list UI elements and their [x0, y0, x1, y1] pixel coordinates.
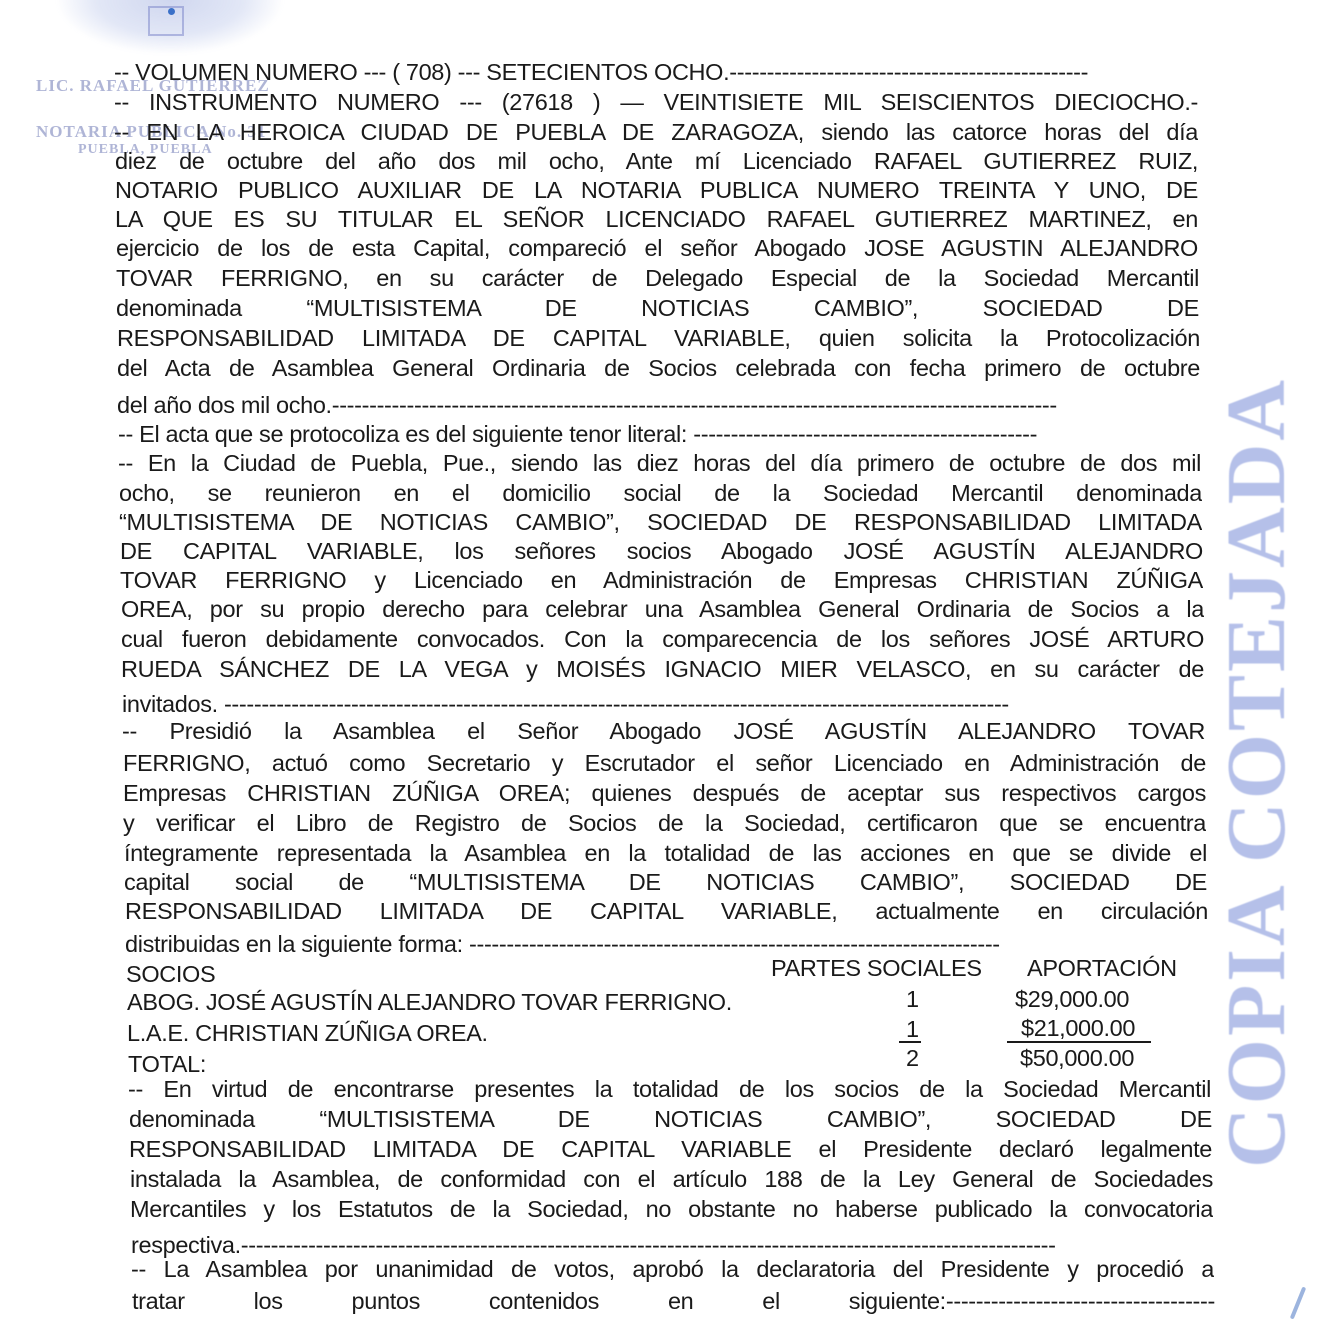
- text-line: -- VOLUMEN NUMERO --- ( 708) --- SETECIE…: [114, 58, 1198, 86]
- text-line: -- El acta que se protocoliza es del sig…: [118, 420, 1201, 448]
- text-line: DE CAPITAL VARIABLE, los señores socios …: [120, 537, 1203, 565]
- table-row-socio: L.A.E. CHRISTIAN ZÚÑIGA OREA.: [127, 1019, 488, 1047]
- text-line: “MULTISISTEMA DE NOTICIAS CAMBIO”, SOCIE…: [119, 508, 1202, 536]
- text-line: -- La Asamblea por unanimidad de votos, …: [131, 1255, 1214, 1283]
- text-line: -- Presidió la Asamblea el Señor Abogado…: [122, 717, 1205, 745]
- seal-ink-dot-icon: [168, 8, 175, 15]
- text-line: LA QUE ES SU TITULAR EL SEÑOR LICENCIADO…: [115, 205, 1198, 233]
- document-page: LIC. RAFAEL GUTIERREZ NOTARIA PUBLICA No…: [0, 0, 1319, 1319]
- header-partes-sociales: PARTES SOCIALES: [771, 954, 982, 982]
- text-line: capital social de “MULTISISTEMA DE NOTIC…: [124, 868, 1207, 896]
- text-line: -- En virtud de encontrarse presentes la…: [128, 1075, 1211, 1103]
- text-line: -- INSTRUMENTO NUMERO --- (27618 ) — VEI…: [114, 88, 1198, 116]
- table-row-socio: ABOG. JOSÉ AGUSTÍN ALEJANDRO TOVAR FERRI…: [127, 988, 732, 1016]
- text-line: denominada “MULTISISTEMA DE NOTICIAS CAM…: [129, 1105, 1212, 1133]
- text-line: TOVAR FERRIGNO, en su carácter de Delega…: [116, 264, 1199, 292]
- table-row-partes: 1: [906, 985, 919, 1013]
- text-line: y verificar el Libro de Registro de Soci…: [123, 809, 1206, 837]
- text-line: cual fueron debidamente convocados. Con …: [121, 625, 1204, 653]
- text-line: NOTARIO PUBLICO AUXILIAR DE LA NOTARIA P…: [115, 176, 1198, 204]
- partes-sum-rule: [899, 1041, 921, 1043]
- copia-cotejada-stamp: COPIA COTEJADA: [1208, 377, 1305, 1168]
- text-line: Mercantiles y los Estatutos de la Socied…: [130, 1195, 1213, 1223]
- text-line: ejercicio de los de esta Capital, compar…: [116, 234, 1198, 262]
- text-line: TOVAR FERRIGNO y Licenciado en Administr…: [120, 566, 1203, 594]
- text-line: RESPONSABILIDAD LIMITADA DE CAPITAL VARI…: [117, 324, 1200, 352]
- total-aportacion: $50,000.00: [1020, 1044, 1134, 1072]
- text-line: diez de octubre del año dos mil ocho, An…: [115, 147, 1198, 175]
- header-socios: SOCIOS: [126, 960, 215, 988]
- text-line: del año dos mil ocho.-------------------…: [117, 391, 1200, 419]
- text-line: ocho, se reunieron en el domicilio socia…: [119, 479, 1202, 507]
- table-row-partes: 1: [906, 1015, 919, 1043]
- total-label: TOTAL:: [128, 1050, 206, 1078]
- header-aportacion: APORTACIÓN: [1027, 954, 1177, 982]
- text-line: RESPONSABILIDAD LIMITADA DE CAPITAL VARI…: [125, 897, 1208, 925]
- text-line: invitados. -----------------------------…: [122, 690, 1205, 718]
- aportacion-sum-rule: [1007, 1041, 1151, 1043]
- seal-emblem-icon: [148, 6, 184, 36]
- signature-mark-icon: [1290, 1286, 1306, 1319]
- table-row-aportacion: $21,000.00: [1021, 1014, 1135, 1042]
- text-line: íntegramente representada la Asamblea en…: [124, 839, 1207, 867]
- table-row-aportacion: $29,000.00: [1015, 985, 1129, 1013]
- text-line: instalada la Asamblea, de conformidad co…: [130, 1165, 1213, 1193]
- text-line: denominada “MULTISISTEMA DE NOTICIAS CAM…: [116, 294, 1199, 322]
- text-line: RUEDA SÁNCHEZ DE LA VEGA y MOISÉS IGNACI…: [121, 655, 1204, 683]
- text-line: tratar los puntos contenidos en el sigui…: [132, 1287, 1215, 1315]
- text-line: OREA, por su propio derecho para celebra…: [121, 595, 1204, 623]
- text-line: Empresas CHRISTIAN ZÚÑIGA OREA; quienes …: [123, 779, 1206, 807]
- text-line: -- EN LA HEROICA CIUDAD DE PUEBLA DE ZAR…: [114, 118, 1198, 146]
- text-line: -- En la Ciudad de Puebla, Pue., siendo …: [118, 449, 1201, 477]
- text-line: RESPONSABILIDAD LIMITADA DE CAPITAL VARI…: [129, 1135, 1212, 1163]
- total-partes: 2: [906, 1044, 919, 1072]
- text-line: del Acta de Asamblea General Ordinaria d…: [117, 354, 1200, 382]
- text-line: FERRIGNO, actuó como Secretario y Escrut…: [123, 749, 1206, 777]
